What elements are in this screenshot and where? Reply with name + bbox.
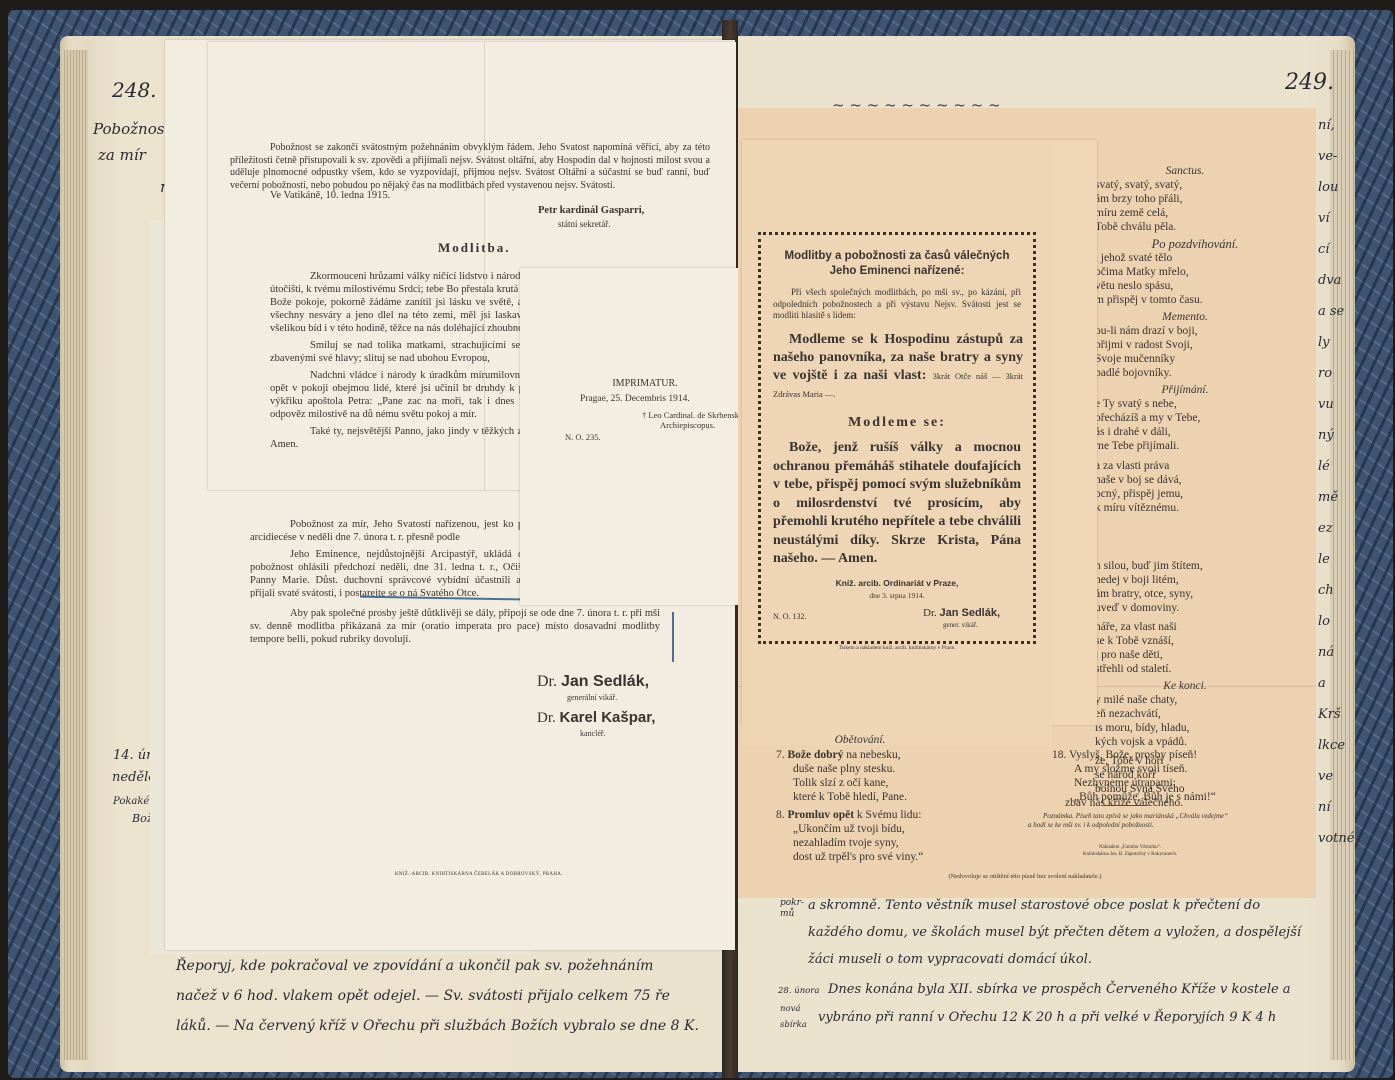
card-signatory-title: gener. vikář. (943, 621, 978, 629)
copyright-notice: (Nedovoluje se otištění této písně bez s… (880, 873, 1170, 880)
hymn-line: míru země celá, (1095, 206, 1310, 220)
handwritten-line: láků. — Na červený kříž v Ořechu při slu… (176, 1018, 699, 1034)
hymn-line: přecházíš a my v Tebe, (1095, 411, 1310, 425)
hymn-line: eň nezachvátí, (1095, 707, 1310, 721)
verse-number: 18. (1052, 749, 1066, 761)
verse-line: duše naše plny stesku. (776, 762, 1016, 776)
handwritten-line: načež v 6 hod. vlakem opět odejel. — Sv.… (176, 988, 670, 1004)
hymn-heading: Přijímání. (1115, 383, 1255, 397)
card-invocation: Modleme se k Hospodinu zástupů za našeho… (773, 331, 1023, 403)
right-page-number: 249. (1285, 70, 1334, 95)
verse-line: které k Tobě hledí, Pane. (776, 790, 1016, 804)
imprimatur-title: IMPRIMATUR. (580, 378, 710, 389)
verse-bold: Promluv opět (788, 809, 855, 821)
handwritten-line: a skromně. Tento věstník musel starostov… (808, 898, 1260, 913)
verse-line: dost už trpěl's pro své viny.“ (776, 850, 1016, 864)
hymn-line: svatý, svatý, svatý, (1095, 178, 1310, 192)
handwritten-margin-date: 28. února (778, 986, 819, 996)
signature-prefix: Dr. (537, 710, 556, 726)
margin-fragment: ro (1318, 366, 1332, 381)
handwritten-entry-line: vybráno při ranní v Ořechu 12 K 20 h a p… (818, 1010, 1276, 1025)
card-subtitle: Modleme se: (761, 415, 1033, 431)
hymn-heading: Ke konci. (1115, 679, 1255, 693)
hymn-line: n silou, buď jim štítem, (1095, 559, 1310, 573)
margin-fragment: lo (1318, 614, 1330, 629)
margin-fragment: lou (1318, 180, 1338, 195)
offertory-heading: Obětování. (800, 733, 920, 747)
prayer-body: Zkormouceni hrůzami války ničící lidstvo… (270, 270, 520, 455)
offertory-verses: 7. Bože dobrý na nebesku, duše naše plny… (776, 748, 1016, 864)
card-title: Modlitby a pobožnosti za časů válečných … (765, 249, 1029, 279)
margin-fragment: le (1318, 552, 1330, 567)
hymn-line: padlé bojovníky. (1095, 366, 1310, 380)
handwritten-margin-label: sbírka (780, 1020, 807, 1030)
imprimatur-signatory: † Leo Cardinal. de Skrbenský, (642, 410, 745, 420)
prayer-paragraph: Zkormouceni hrůzami války ničící lidstvo… (270, 270, 520, 335)
signature-sedlak: Dr. Jan Sedlák, (537, 673, 649, 691)
hymn-line: m přispěj v tomto času. (1095, 293, 1310, 307)
hymn-line: e Ty svatý s nebe, (1095, 397, 1310, 411)
left-page-edges (62, 50, 88, 1060)
handwritten-margin-note: pokr-mů (780, 898, 802, 920)
card-issuer-date: dne 3. srpna 1914. (761, 591, 1033, 600)
prayer-paragraph: Také ty, nejsvětější Panno, jako jindy v… (270, 425, 520, 451)
diocesan-paragraph: Pobožnost za mír, Jeho Svatostí nařízeno… (250, 518, 520, 544)
verse-line: Nezhyneme útrapami: (1052, 776, 1292, 790)
diocesan-notice: Pobožnost za mír, Jeho Svatostí nařízeno… (250, 518, 520, 598)
margin-fragment: ní (1318, 800, 1331, 815)
signature-title: generální vikář. (567, 693, 617, 702)
card-issuer: Kníž. arcib. Ordinariát v Praze, (761, 578, 1033, 588)
hymn-line: ocný, přispěj jemu, (1095, 487, 1310, 501)
hymn-line: očima Matky mřelo, (1095, 265, 1310, 279)
signature-name: Karel Kašpar, (560, 709, 656, 726)
papal-notice-paragraph: Pobožnost se zakončí svátostným požehnán… (230, 142, 710, 192)
prayer-title: Modlitba. (438, 240, 511, 256)
card-signatory-name: Jan Sedlák, (940, 607, 1001, 619)
handwritten-entry-line: Dnes konána byla XII. sbírka ve prospěch… (828, 982, 1291, 997)
margin-fragment: ná (1318, 645, 1334, 660)
hymn-line: ás i drahé v dáli, (1095, 425, 1310, 439)
publisher-line: Knihtiskárna Jos. B. Zápotočný v Rokycan… (1060, 852, 1200, 857)
verse-line: nezahladím tvoje syny, (776, 836, 1016, 850)
hymn-line: střehli od staletí. (1095, 662, 1310, 676)
card-intro: Při všech společných modlitbách, po mši … (773, 287, 1021, 322)
handwritten-line: žáci museli o tom vypracovati domácí úko… (808, 952, 1092, 967)
margin-fragment: ch (1318, 583, 1334, 598)
hymn-heading: Memento. (1115, 310, 1255, 324)
diocesan-closing-paragraph: Aby pak společné prosby ještě důtklivěji… (250, 607, 660, 646)
verse-line: „Bůh pomůže, Bůh je s námi!“ (1052, 790, 1292, 804)
pen-margin-mark (672, 612, 674, 662)
margin-fragment: ve- (1318, 149, 1337, 164)
handwritten-line: Řeporyj, kde pokračoval ve zpovídání a u… (176, 958, 653, 974)
papal-notice-signatory: Petr kardinál Gasparri, (538, 205, 644, 216)
verse-number: 8. (776, 809, 785, 821)
hymn-column: Sanctus. svatý, svatý, svatý, ám brzy to… (1095, 164, 1310, 810)
verse-line: „Ukončím už tvoji bídu, (776, 822, 1016, 836)
verse-line: k Svému lidu: (857, 809, 922, 821)
margin-fragment: a (1318, 676, 1326, 691)
hymn-line: větu neslo spásu, (1095, 279, 1310, 293)
hymn-line: ám brzy toho přáli, (1095, 192, 1310, 206)
hymn-line: naše v boj se dává, (1095, 473, 1310, 487)
verse-line: A my složme svoji tíseň. (1052, 762, 1292, 776)
verse-line: Vyslyš, Bože, prosby píseň! (1069, 749, 1197, 761)
hymn-line: j pro naše děti, (1095, 648, 1310, 662)
hymn-line: Svoje mučenníky (1095, 352, 1310, 366)
diocesan-paragraph: Jeho Eminence, nejdůstojnější Arcipastýř… (250, 548, 520, 598)
margin-fragment: dva (1318, 273, 1341, 288)
card-number: N. O. 132. (773, 612, 807, 621)
hymn-line: y milé naše chaty, (1095, 693, 1310, 707)
prayer-paragraph: Smiluj se nad tolika matkami, strachujíc… (270, 339, 520, 365)
hymn-note: Poznámka. Píseň tato zpívá se jako mariá… (1028, 812, 1228, 829)
final-verse: 18. Vyslyš, Bože, prosby píseň! A my slo… (1052, 748, 1292, 804)
signature-title: kancléř. (580, 729, 606, 738)
right-page-edges (1330, 50, 1354, 1060)
imprimatur-signatory-title: Archiepiscopus. (660, 420, 715, 430)
card-title-line2: Jeho Eminenci nařízené: (765, 264, 1029, 279)
verse-bold: Bože dobrý (788, 749, 844, 761)
margin-title-line2: za mír (98, 146, 146, 164)
margin-fragment: cí (1318, 242, 1329, 257)
hymn-line: me Tebe přijímali. (1095, 439, 1310, 453)
card-prayer: Bože, jenž rušíš války a mocnou ochranou… (773, 439, 1021, 569)
hymn-line: kých vojsk a vpádů. (1095, 735, 1310, 749)
signature-name: Jan Sedlák, (561, 673, 649, 690)
hymn-heading: Po pozdvihování. (1115, 237, 1275, 251)
imprimatur-place-date: Pragae, 25. Decembris 1914. (580, 394, 690, 404)
imprimatur-slip: IMPRIMATUR. Pragae, 25. Decembris 1914. … (520, 268, 752, 605)
hymn-line: k míru vítěznému. (1095, 501, 1310, 515)
card-title-line1: Modlitby a pobožnosti za časů válečných (765, 249, 1029, 264)
wartime-prayers-border: Modlitby a pobožnosti za časů válečných … (758, 232, 1036, 644)
margin-fragment: lé (1318, 459, 1330, 474)
card-printer-line: Tiskem a nákladem kníž. arcib. knihtiská… (758, 645, 1036, 651)
hymn-heading: Sanctus. (1115, 164, 1255, 178)
hymn-line: se k Tobě vznáší, (1095, 634, 1310, 648)
margin-fragment: vu (1318, 397, 1334, 412)
printer-line: KNIŽ.-ARCIB. KNIHTISKÁRNA ČEBELÁK A DOBR… (395, 872, 563, 877)
hymn-line: přijmi v radost Svoji, (1095, 338, 1310, 352)
papal-notice-signatory-title: státní sekretář. (558, 219, 610, 229)
margin-fragment: mě (1318, 490, 1338, 505)
handwritten-line: každého domu, ve školách musel být přečt… (808, 925, 1301, 940)
hymn-line: nedej v boji litém, (1095, 573, 1310, 587)
signature-kaspar: Dr. Karel Kašpar, (537, 709, 655, 727)
margin-fragment: Krš (1318, 707, 1341, 722)
margin-fragment: ve (1318, 769, 1333, 784)
margin-fragment: ní, (1318, 118, 1335, 133)
hymn-line: a za vlasti práva (1095, 459, 1310, 473)
left-page-number: 248. (112, 78, 157, 102)
hymn-line: , jehož svaté tělo (1095, 251, 1310, 265)
margin-title-line1: Pobožnost (93, 120, 170, 138)
margin-fragment: votné (1318, 831, 1354, 846)
hymn-line: uveď v domoviny. (1095, 601, 1310, 615)
margin-fragment: ný (1318, 428, 1334, 443)
hymn-line: is moru, bídy, hladu, (1095, 721, 1310, 735)
prayer-paragraph: Nadchni vládce i národy k úradkům mírumi… (270, 369, 520, 421)
hymn-line: ou-li nám drazí v boji, (1095, 324, 1310, 338)
verse-line: Tolik slzí z očí kane, (776, 776, 1016, 790)
verse-line: na nebesku, (846, 749, 900, 761)
margin-fragment: ví (1318, 211, 1330, 226)
handwritten-margin-label: nová (780, 1004, 800, 1014)
divider-rule (1103, 805, 1148, 806)
hymn-line: Tobě chválu pěla. (1095, 220, 1310, 234)
papal-notice-place-date: Ve Vatikáně, 10. ledna 1915. (270, 190, 390, 201)
margin-fragment: ez (1318, 521, 1333, 536)
margin-fragment: ly (1318, 335, 1330, 350)
signature-prefix: Dr. (537, 673, 557, 690)
publisher-line: Nákladem „Farního Věstníku“. (1060, 845, 1200, 850)
card-signatory-prefix: Dr. (923, 607, 937, 619)
verse-number: 7. (776, 749, 785, 761)
margin-fragment: a se (1318, 304, 1344, 319)
card-signatory: Dr. Jan Sedlák, (923, 607, 1000, 619)
hymn-line: náře, za vlast naši (1095, 620, 1310, 634)
imprimatur-number: N. O. 235. (565, 432, 601, 442)
hymn-line: ám bratry, otce, syny, (1095, 587, 1310, 601)
margin-fragment: lkce (1318, 738, 1345, 753)
